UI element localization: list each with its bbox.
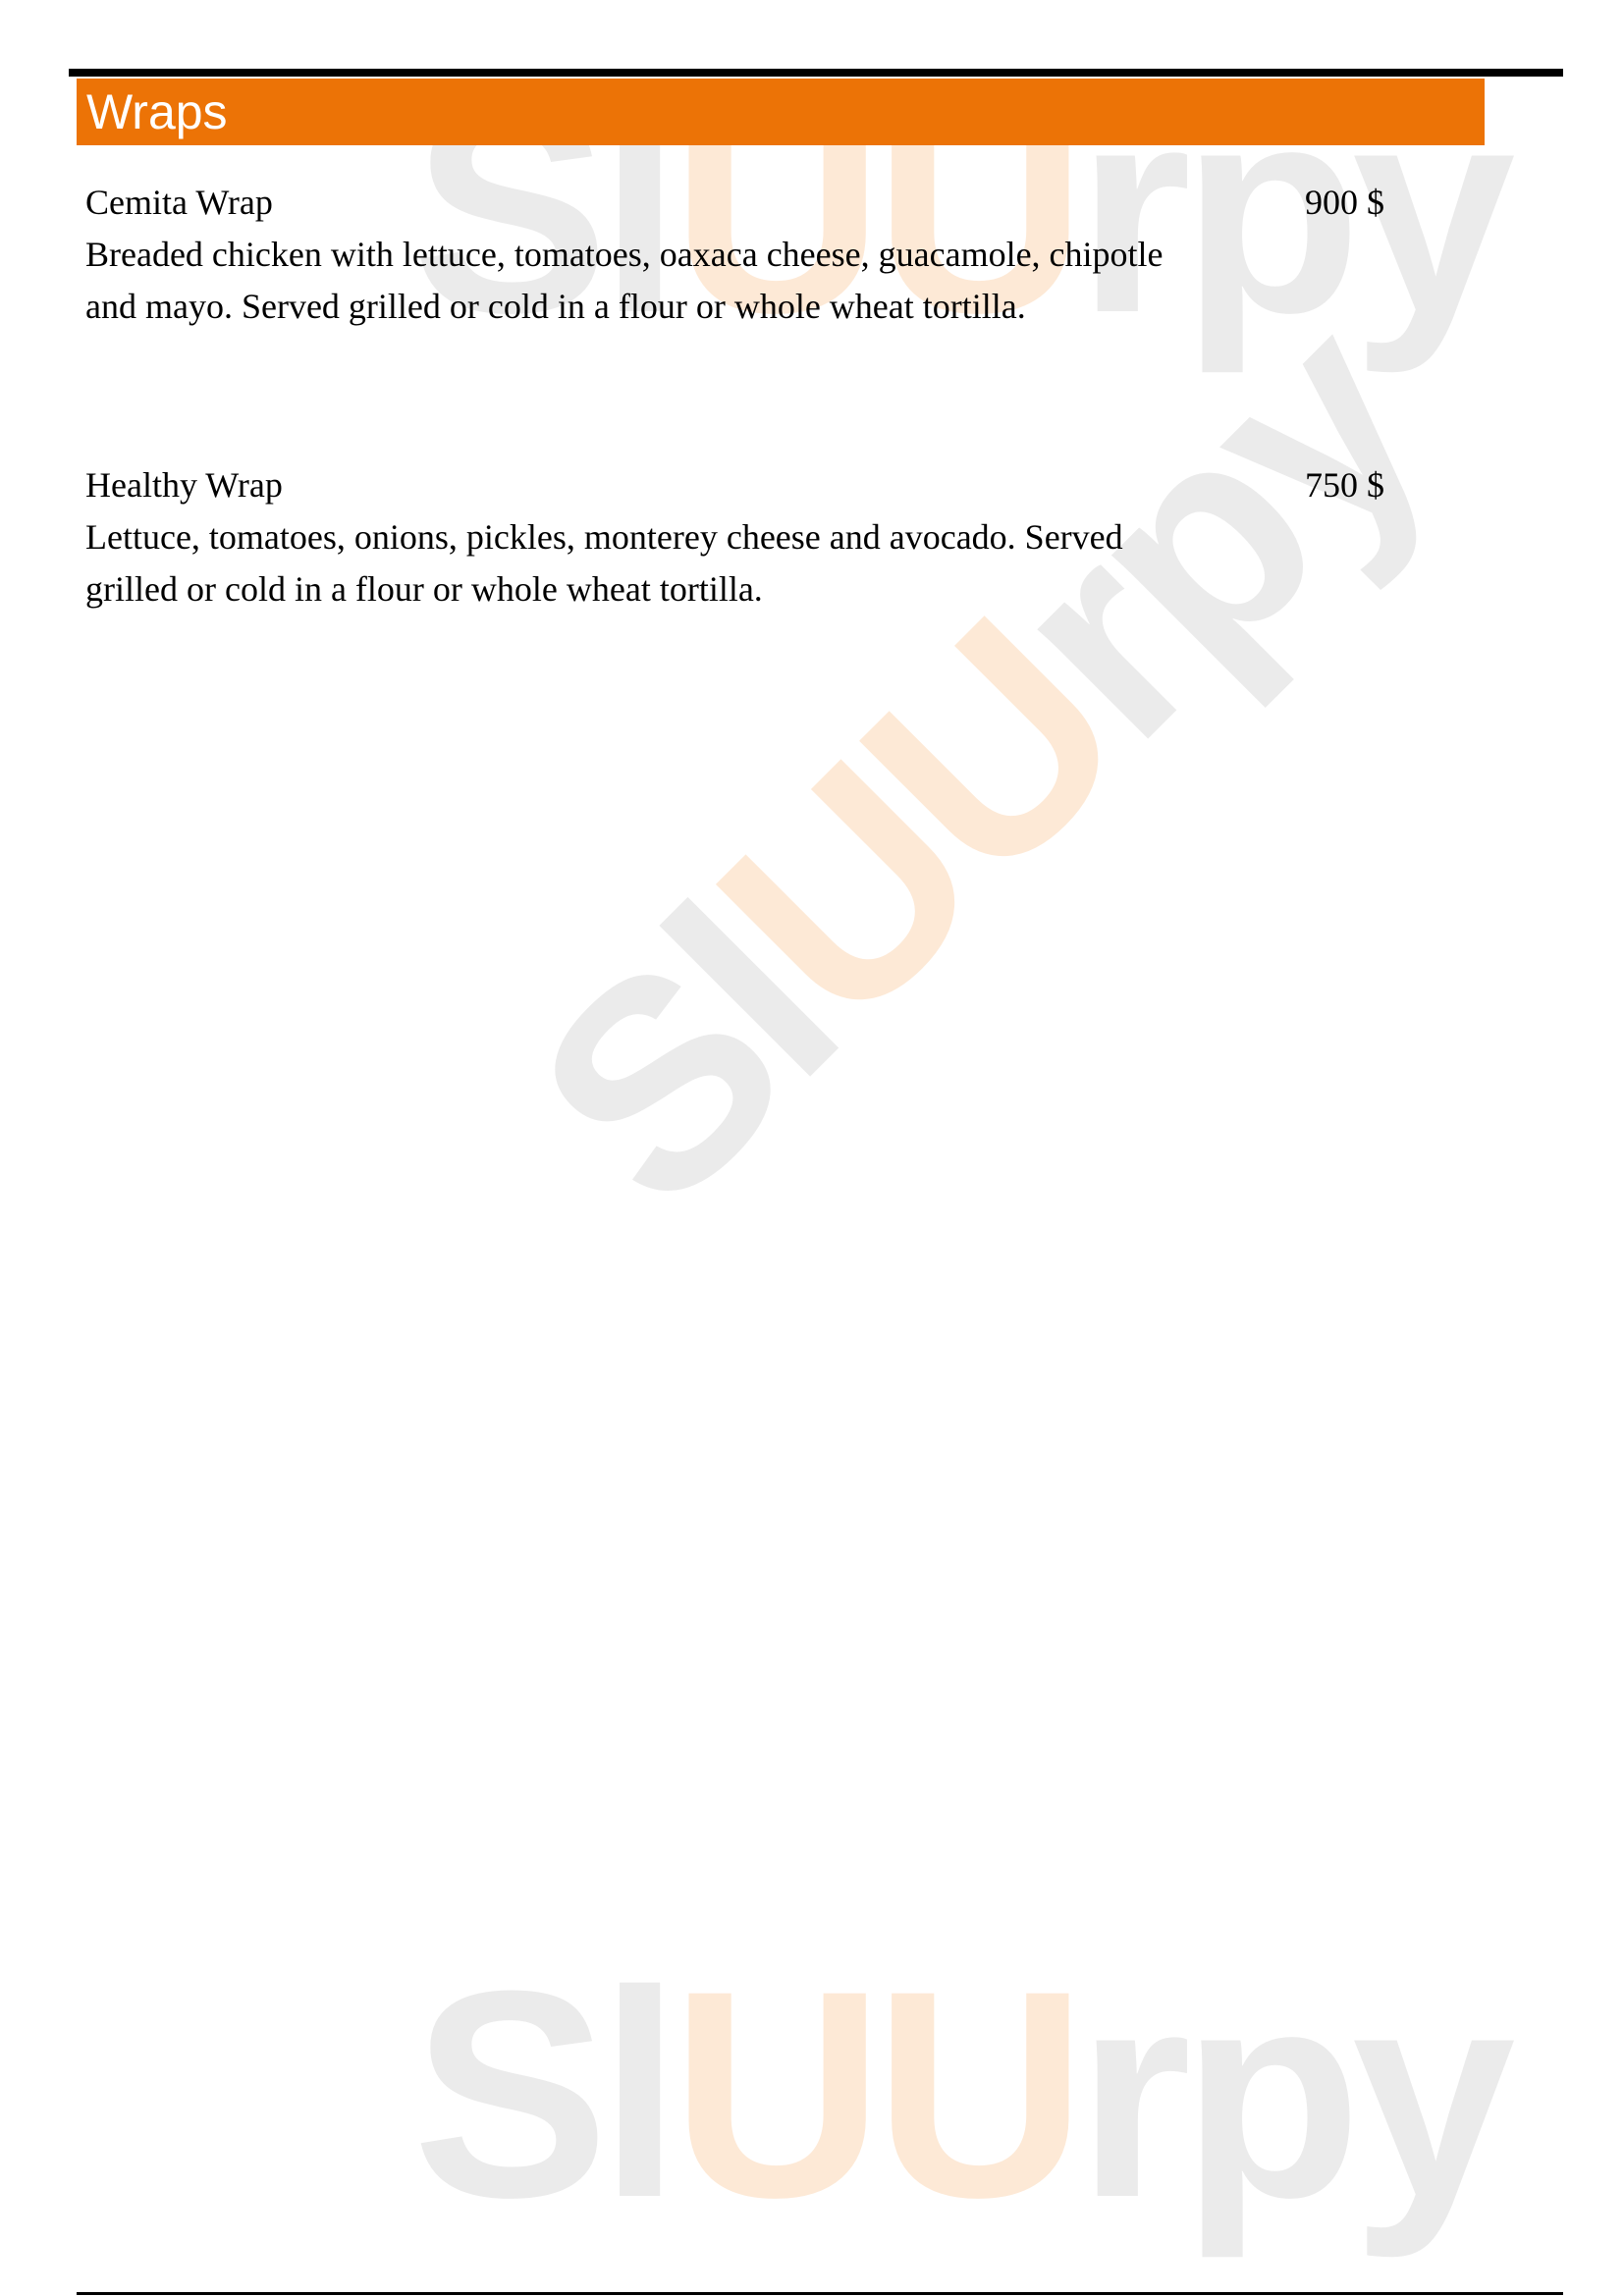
top-divider [69,69,1563,77]
menu-item: Healthy Wrap Lettuce, tomatoes, onions, … [85,459,1421,615]
item-name: Cemita Wrap [85,177,1421,229]
item-price: 750 $ [1305,459,1384,511]
watermark-logo: SlUUrpy [471,258,1485,1271]
watermark-logo: SlUUrpy [412,1924,1506,2264]
section-banner: Wraps [77,79,1485,145]
item-description: Breaded chicken with lettuce, tomatoes, … [85,229,1215,333]
item-price: 900 $ [1305,177,1384,229]
item-name: Healthy Wrap [85,459,1421,511]
menu-item: Cemita Wrap Breaded chicken with lettuce… [85,177,1421,333]
item-description: Lettuce, tomatoes, onions, pickles, mont… [85,511,1215,615]
bottom-divider [77,2292,1563,2295]
section-title: Wraps [86,82,228,141]
